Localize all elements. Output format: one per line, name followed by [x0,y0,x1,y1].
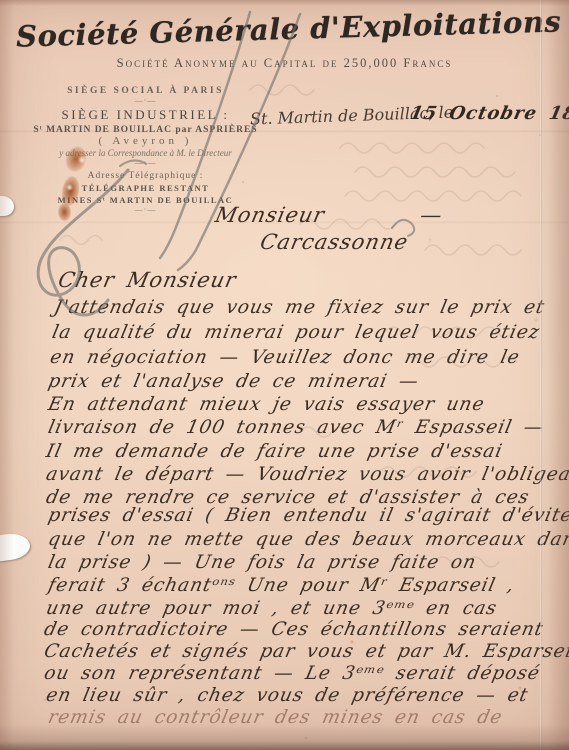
letter-line: la prise ) — Une fois la prise faite on [46,552,478,574]
siege-industriel-line: SIÈGE INDUSTRIEL : [28,107,263,123]
letter-line: en négociation — Veuillez donc me dire l… [48,347,522,369]
recipient-city: Carcassonne [258,230,411,254]
separator-ornament: —·— [28,96,263,105]
location-line: Sᵗ MARTIN DE BOUILLAC par ASPRIÈRES [28,125,263,135]
letter-line: ou son représentant — Le 3ᵉᵐᵉ serait dép… [42,663,542,685]
address-block: SIÈGE SOCIAL À PARIS —·— SIÈGE INDUSTRIE… [28,86,263,214]
torn-edge-notch [0,531,32,563]
letter-line: J'attendais que vous me fixiez sur le pr… [52,297,547,319]
letter-line: Il me demande de faire une prise d'essai [44,441,505,463]
letter-line: En attendant mieux je vais essayer une [46,394,487,416]
letter-line: ferait 3 échantᵒⁿˢ Une pour Mʳ Esparseil… [46,575,517,597]
telegraph-line1: TÉLÉGRAPHE RESTANT [28,183,263,193]
paper-hole [0,196,14,216]
letter-page: Société Générale d'Exploitations Minière… [0,0,569,750]
correspondence-note: y adresser la Correspondance à M. le Dir… [28,148,263,158]
company-subtitle: Société Anonyme au Capital de 250,000 Fr… [0,56,569,71]
letter-line: la qualité du minerai pour lequel vous é… [50,322,542,344]
letter-line: que l'on ne mette que des beaux morceaux… [46,529,569,551]
letter-line: avant le départ — Voudriez vous avoir l'… [44,464,569,486]
company-name: Société Générale d'Exploitations Minière… [16,4,562,53]
recipient-dash: — [418,203,445,227]
handwritten-date: 15 Octobre 1898 [408,103,569,124]
telegraph-label: Adresse Télégraphique : [28,171,263,181]
departement-line: ( Aveyron ) [28,135,263,147]
letter-line: de contradictoire — Ces échantillons ser… [42,619,546,641]
letter-line: une autre pour moi , et une 3ᵉᵐᵉ en cas [44,598,499,620]
letter-greeting: Cher Monsieur [56,268,239,292]
recipient-salutation: Monsieur [213,203,327,227]
letter-line: prises d'essai ( Bien entendu il s'agira… [46,505,569,527]
siege-social-line: SIÈGE SOCIAL À PARIS [28,86,263,96]
letter-line: en lieu sûr , chez vous de préférence — … [44,685,530,707]
letter-line: Cachetés et signés par vous et par M. Es… [42,641,569,663]
letter-line: livraison de 100 tonnes avec Mʳ Espassei… [46,417,546,439]
letter-line: prix et l'analyse de ce minerai — [46,371,421,393]
separator-ornament: —·— [28,158,263,167]
letter-line: remis au contrôleur des mines en cas de [46,707,505,729]
